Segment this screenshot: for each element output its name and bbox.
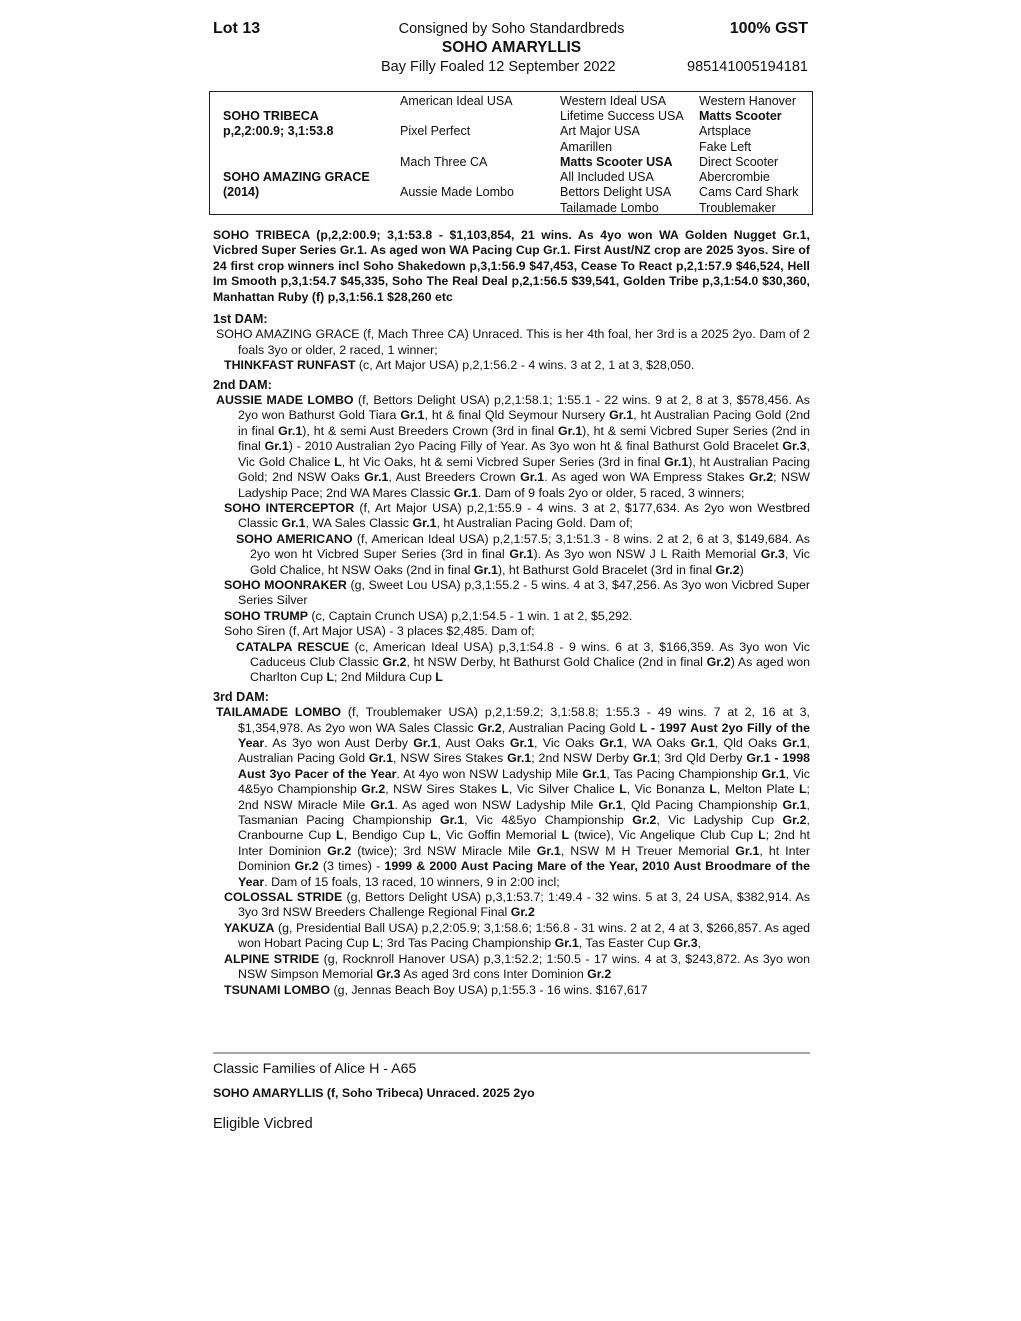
horse-record: (g, Presidential Ball USA) p,2,2:05.9; 3… xyxy=(238,921,810,950)
horse-record: (f, Bettors Delight USA) p,2,1:58.1; 1:5… xyxy=(238,393,810,499)
pedigree-gen4: Direct Scooter xyxy=(699,155,778,170)
pedigree-gen4: Troublemaker xyxy=(699,201,776,216)
progeny-entry: SOHO AMERICANO (f, American Ideal USA) p… xyxy=(213,532,810,578)
horse-name: SOHO AMARYLLIS xyxy=(213,39,810,57)
lot-header: Lot 13 Consigned by Soho Standardbreds 1… xyxy=(213,0,810,82)
third-dam-heading: 3rd DAM: xyxy=(213,690,810,705)
horse-name: CATALPA RESCUE xyxy=(236,640,349,654)
pedigree-gen4: Abercrombie xyxy=(699,170,770,185)
dam-year: (2014) xyxy=(223,185,259,200)
lot-summary: SOHO AMARYLLIS (f, Soho Tribeca) Unraced… xyxy=(213,1086,535,1100)
horse-description: Bay Filly Foaled 12 September 2022 xyxy=(381,59,616,75)
horse-name: SOHO AMAZING GRACE xyxy=(216,327,360,341)
gst-status: 100% GST xyxy=(730,20,808,38)
pedigree-gen3: Art Major USA xyxy=(560,124,640,139)
pedigree-gen2: American Ideal USA xyxy=(400,94,513,109)
progeny-entry: COLOSSAL STRIDE (g, Bettors Delight USA)… xyxy=(213,890,810,921)
pedigree-gen3: All Included USA xyxy=(560,170,654,185)
progeny-entry: SOHO TRUMP (c, Captain Crunch USA) p,2,1… xyxy=(213,609,810,624)
pedigree-gen3: Bettors Delight USA xyxy=(560,185,671,200)
third-dam-entries: TAILAMADE LOMBO (f, Troublemaker USA) p,… xyxy=(213,705,810,998)
horse-record: (f, Troublemaker USA) p,2,1:59.2; 3,1:58… xyxy=(238,705,810,888)
pedigree-gen2: Mach Three CA xyxy=(400,155,487,170)
consignor: Consigned by Soho Standardbreds xyxy=(213,21,810,37)
pedigree-gen4: Western Hanover xyxy=(699,94,796,109)
horse-record: (c, Art Major USA) p,2,1:56.2 - 4 wins. … xyxy=(355,358,694,372)
section-divider xyxy=(213,1052,810,1054)
horse-name: SOHO MOONRAKER xyxy=(224,578,347,592)
second-dam-heading: 2nd DAM: xyxy=(213,378,810,393)
pedigree-gen4: Fake Left xyxy=(699,140,751,155)
sire-record: p,2,2:00.9; 3,1:53.8 xyxy=(223,124,333,139)
horse-name: ALPINE STRIDE xyxy=(224,952,319,966)
horse-name: SOHO AMERICANO xyxy=(236,532,353,546)
progeny-entry: TSUNAMI LOMBO (g, Jennas Beach Boy USA) … xyxy=(213,983,810,998)
horse-record: (c, Captain Crunch USA) p,2,1:54.5 - 1 w… xyxy=(308,609,632,623)
pedigree-gen4: Artsplace xyxy=(699,124,751,139)
dam-name: SOHO AMAZING GRACE xyxy=(223,170,370,185)
pedigree-gen2: Aussie Made Lombo xyxy=(400,185,514,200)
progeny-entry: THINKFAST RUNFAST (c, Art Major USA) p,2… xyxy=(213,358,810,373)
first-dam-entries: SOHO AMAZING GRACE (f, Mach Three CA) Un… xyxy=(213,327,810,373)
progeny-entry: SOHO AMAZING GRACE (f, Mach Three CA) Un… xyxy=(213,327,810,358)
progeny-entry: Soho Siren (f, Art Major USA) - 3 places… xyxy=(213,624,810,639)
pedigree-gen3: Tailamade Lombo xyxy=(560,201,659,216)
pedigree-table: SOHO TRIBECA p,2,2:00.9; 3,1:53.8 SOHO A… xyxy=(209,91,813,215)
eligibility: Eligible Vicbred xyxy=(213,1116,313,1132)
microchip-number: 985141005194181 xyxy=(687,59,808,75)
pedigree-gen3: Matts Scooter USA xyxy=(560,155,673,170)
horse-name: THINKFAST RUNFAST xyxy=(224,358,355,372)
horse-record: (g, Jennas Beach Boy USA) p,1:55.3 - 16 … xyxy=(330,983,648,997)
progeny-entry: CATALPA RESCUE (c, American Ideal USA) p… xyxy=(213,640,810,686)
pedigree-notes: SOHO TRIBECA (p,2,2:00.9; 3,1:53.8 - $1,… xyxy=(213,228,810,998)
catalogue-page: Lot 13 Consigned by Soho Standardbreds 1… xyxy=(213,0,810,82)
family-line: Classic Families of Alice H - A65 xyxy=(213,1061,416,1077)
progeny-entry: SOHO MOONRAKER (g, Sweet Lou USA) p,3,1:… xyxy=(213,578,810,609)
sire-name: SOHO TRIBECA xyxy=(223,109,319,124)
pedigree-gen4: Matts Scooter xyxy=(699,109,782,124)
horse-name: SOHO TRUMP xyxy=(224,609,308,623)
progeny-entry: SOHO INTERCEPTOR (f, Art Major USA) p,2,… xyxy=(213,501,810,532)
horse-name: TSUNAMI LOMBO xyxy=(224,983,330,997)
horse-name: YAKUZA xyxy=(224,921,275,935)
horse-name: SOHO INTERCEPTOR xyxy=(224,501,354,515)
progeny-entry: TAILAMADE LOMBO (f, Troublemaker USA) p,… xyxy=(213,705,810,890)
progeny-entry: AUSSIE MADE LOMBO (f, Bettors Delight US… xyxy=(213,393,810,501)
progeny-entry: ALPINE STRIDE (g, Rocknroll Hanover USA)… xyxy=(213,952,810,983)
second-dam-entries: AUSSIE MADE LOMBO (f, Bettors Delight US… xyxy=(213,393,810,686)
pedigree-gen2: Pixel Perfect xyxy=(400,124,470,139)
horse-name: AUSSIE MADE LOMBO xyxy=(216,393,354,407)
pedigree-gen4: Cams Card Shark xyxy=(699,185,798,200)
horse-record: (g, Rocknroll Hanover USA) p,3,1:52.2; 1… xyxy=(238,952,810,981)
progeny-entry: YAKUZA (g, Presidential Ball USA) p,2,2:… xyxy=(213,921,810,952)
horse-name: Soho Siren xyxy=(224,624,285,638)
pedigree-gen3: Lifetime Success USA xyxy=(560,109,684,124)
sire-summary: SOHO TRIBECA (p,2,2:00.9; 3,1:53.8 - $1,… xyxy=(213,228,810,305)
pedigree-gen3: Amarillen xyxy=(560,140,612,155)
horse-name: TAILAMADE LOMBO xyxy=(216,705,341,719)
horse-record: (f, Art Major USA) - 3 places $2,485. Da… xyxy=(285,624,534,638)
horse-name: COLOSSAL STRIDE xyxy=(224,890,342,904)
first-dam-heading: 1st DAM: xyxy=(213,312,810,327)
pedigree-gen3: Western Ideal USA xyxy=(560,94,666,109)
